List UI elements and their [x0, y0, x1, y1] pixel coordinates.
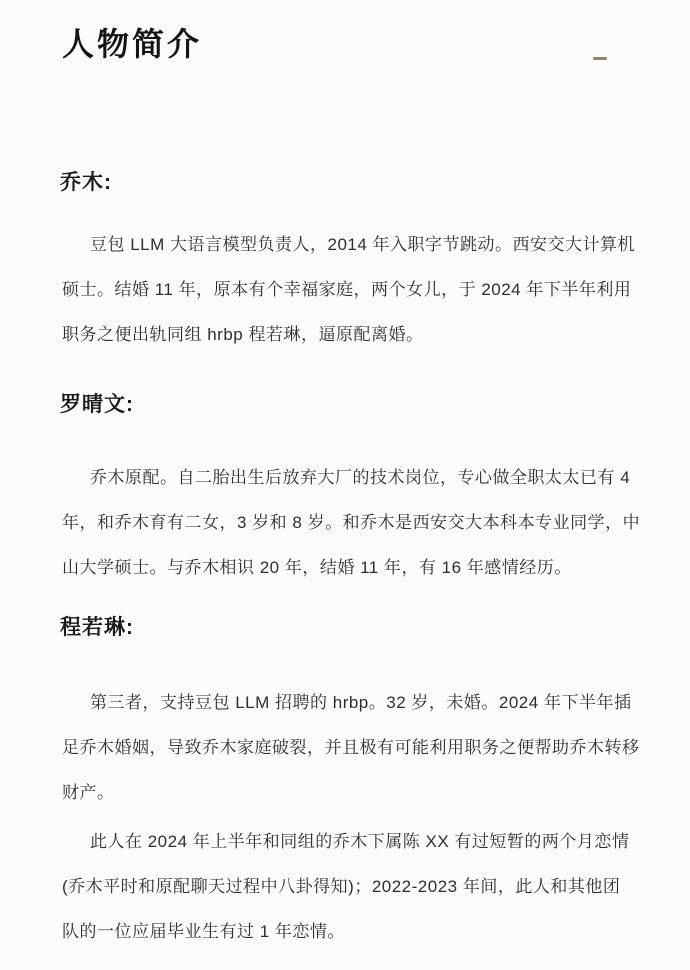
smudge-mark: [593, 57, 607, 60]
paragraph-line: 财产。: [62, 770, 650, 815]
paragraph-line: 年，和乔木育有二女，3 岁和 8 岁。和乔木是西安交大本科本专业同学，中: [62, 500, 650, 545]
section-chengruolin: 程若琳: 第三者，支持豆包 LLM 招聘的 hrbp。32 岁，未婚。2024 …: [0, 613, 690, 954]
paragraph-line: 乔木原配。自二胎出生后放弃大厂的技术岗位，专心做全职太太已有 4: [62, 455, 650, 500]
section-luoqingwen: 罗晴文: 乔木原配。自二胎出生后放弃大厂的技术岗位，专心做全职太太已有 4 年，…: [0, 390, 690, 590]
paragraph: 豆包 LLM 大语言模型负责人，2014 年入职字节跳动。西安交大计算机 硕士。…: [62, 222, 650, 357]
paragraph: 乔木原配。自二胎出生后放弃大厂的技术岗位，专心做全职太太已有 4 年，和乔木育有…: [62, 455, 650, 590]
paragraph-line: (乔木平时和原配聊天过程中八卦得知)；2022-2023 年间，此人和其他团: [62, 864, 650, 909]
paragraph-line: 豆包 LLM 大语言模型负责人，2014 年入职字节跳动。西安交大计算机: [62, 222, 650, 267]
paragraph-line: 硕士。结婚 11 年，原本有个幸福家庭，两个女儿，于 2024 年下半年利用: [62, 267, 650, 312]
paragraph-line: 此人在 2024 年上半年和同组的乔木下属陈 XX 有过短暂的两个月恋情: [62, 819, 650, 864]
paragraph: 第三者，支持豆包 LLM 招聘的 hrbp。32 岁，未婚。2024 年下半年插…: [62, 680, 650, 815]
paragraph: 此人在 2024 年上半年和同组的乔木下属陈 XX 有过短暂的两个月恋情 (乔木…: [62, 819, 650, 954]
section-heading-chengruolin: 程若琳:: [60, 613, 690, 643]
paragraph-line: 第三者，支持豆包 LLM 招聘的 hrbp。32 岁，未婚。2024 年下半年插: [62, 680, 650, 725]
paragraph-line: 队的一位应届毕业生有过 1 年恋情。: [62, 909, 650, 954]
document-page: 人物简介 乔木: 豆包 LLM 大语言模型负责人，2014 年入职字节跳动。西安…: [0, 0, 690, 970]
section-heading-qiaomu: 乔木:: [60, 168, 690, 198]
paragraph-line: 足乔木婚姻，导致乔木家庭破裂，并且极有可能利用职务之便帮助乔木转移: [62, 725, 650, 770]
paragraph-line: 山大学硕士。与乔木相识 20 年，结婚 11 年，有 16 年感情经历。: [62, 545, 650, 590]
section-qiaomu: 乔木: 豆包 LLM 大语言模型负责人，2014 年入职字节跳动。西安交大计算机…: [0, 168, 690, 357]
section-heading-luoqingwen: 罗晴文:: [60, 390, 690, 420]
paragraph-line: 职务之便出轨同组 hrbp 程若琳，逼原配离婚。: [62, 312, 650, 357]
